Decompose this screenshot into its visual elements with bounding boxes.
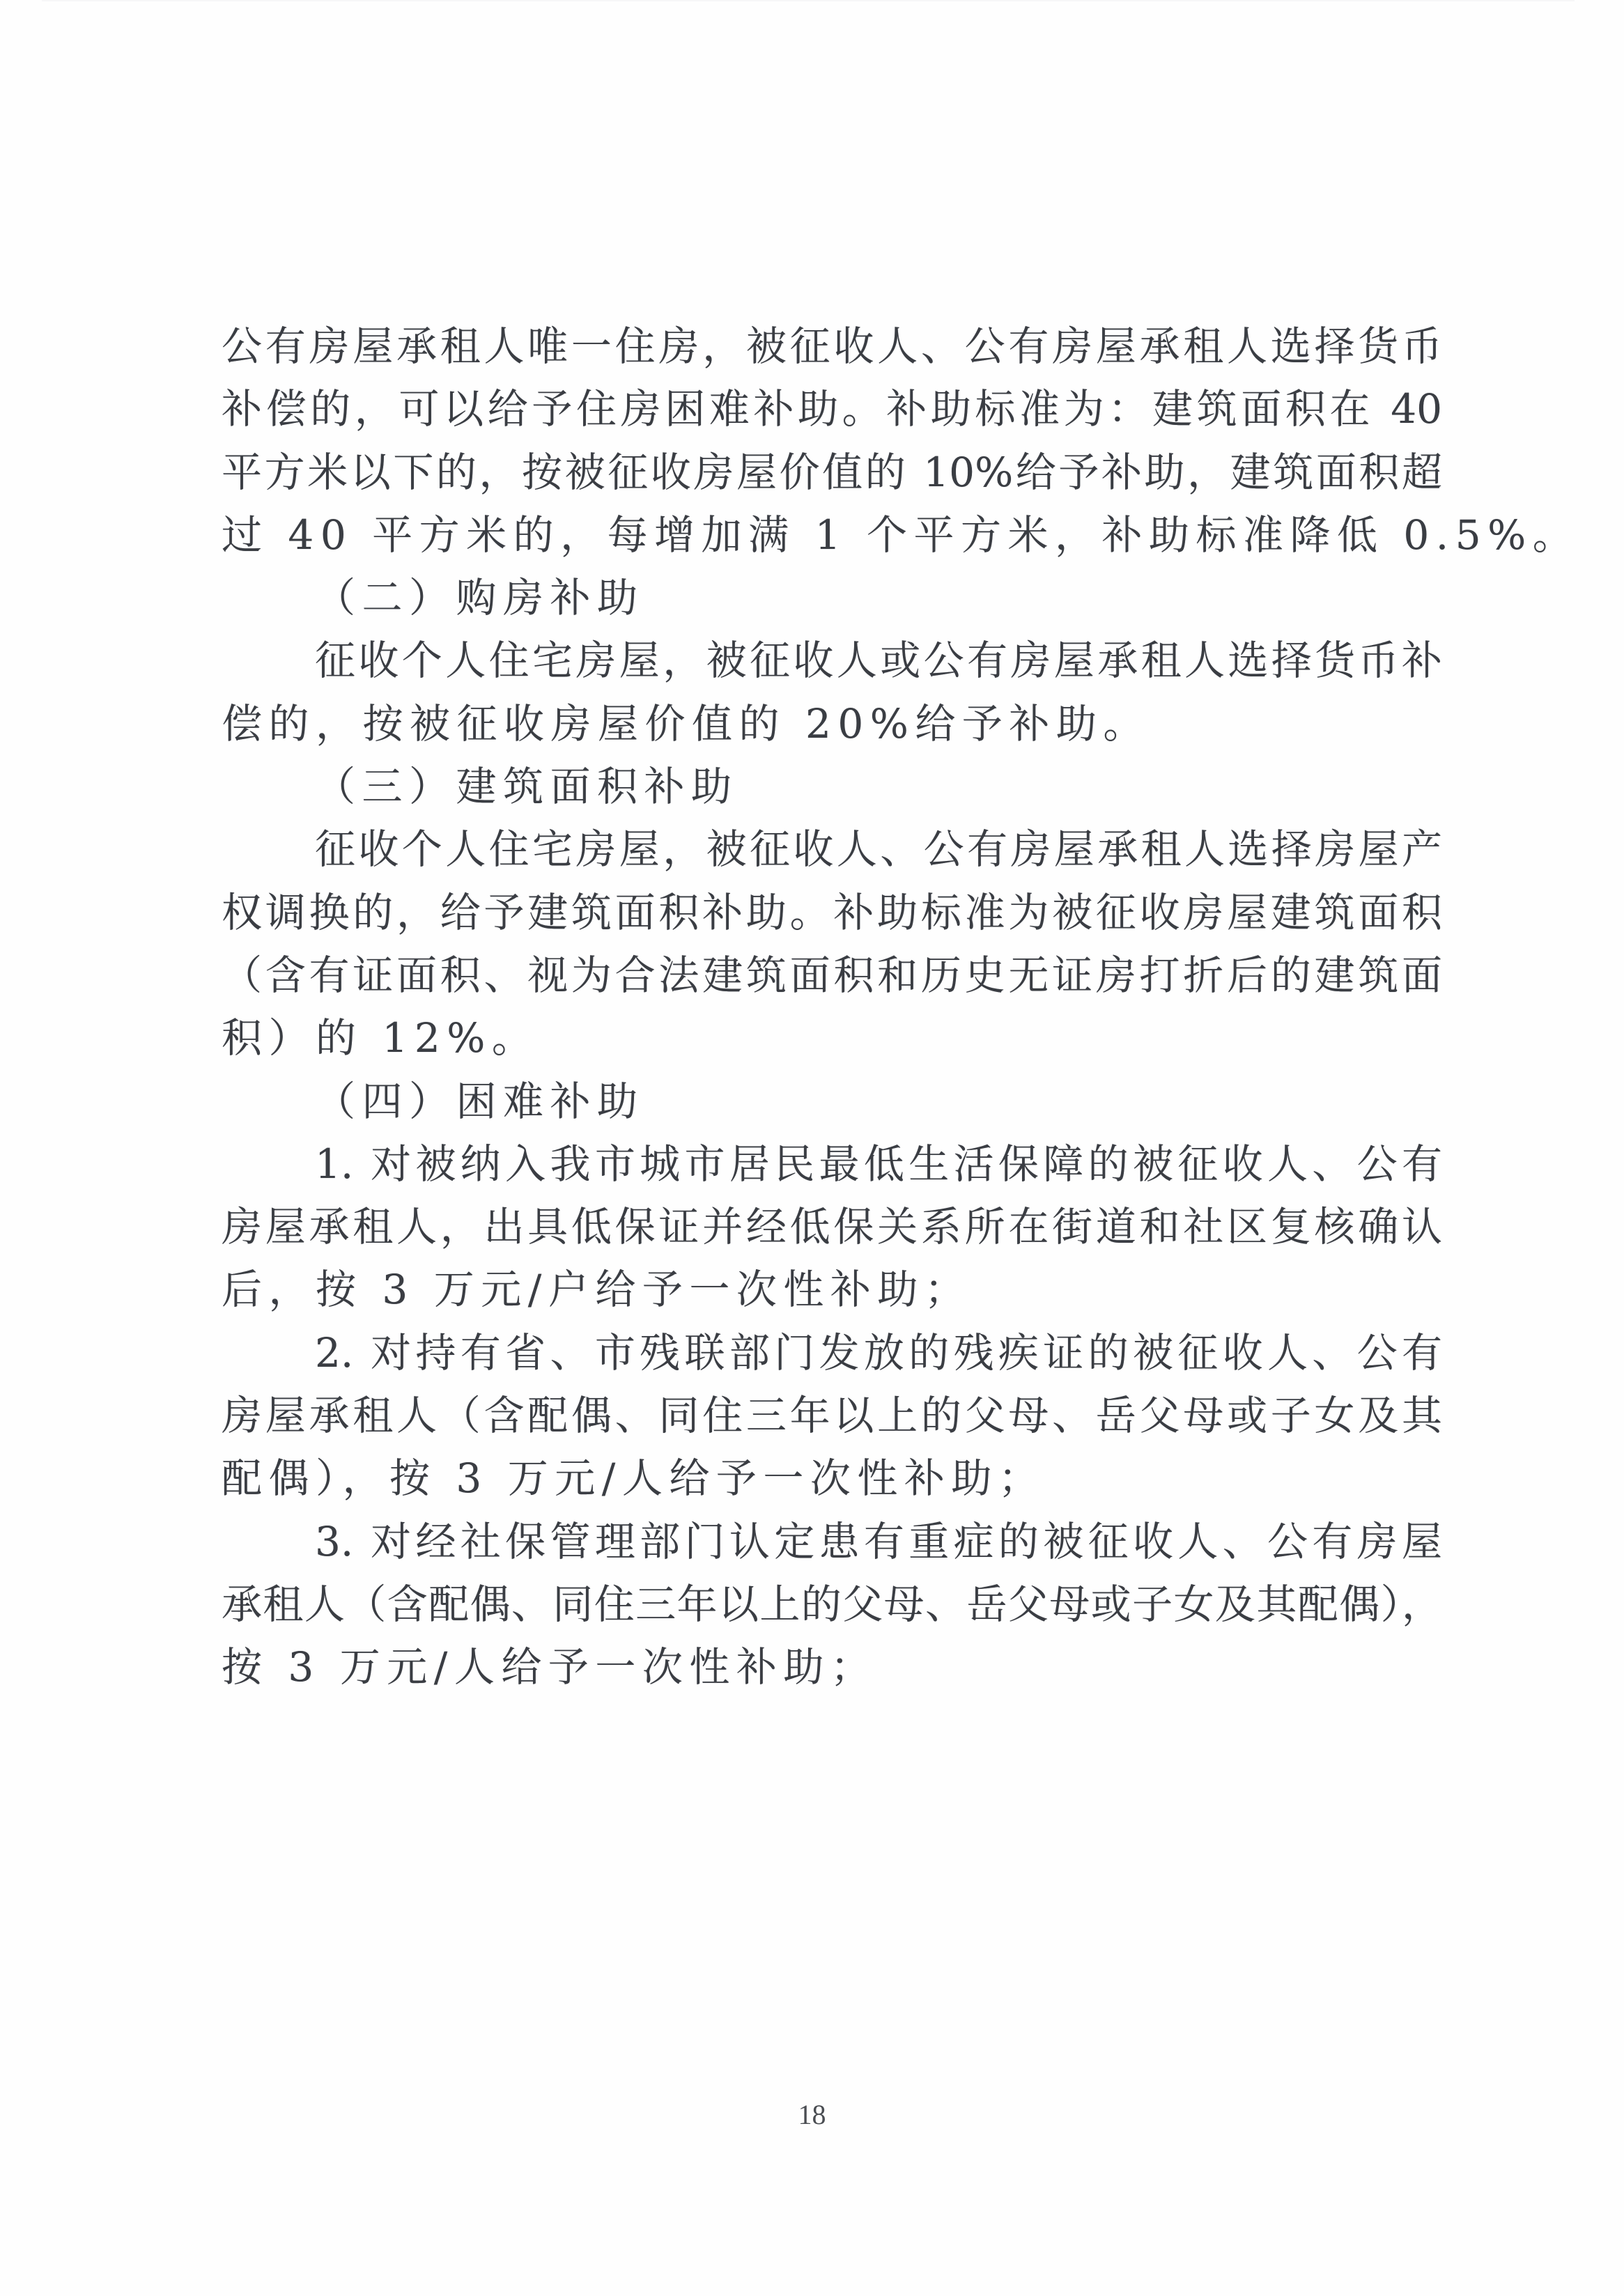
section-heading-hardship-subsidy: （四）困难补助 xyxy=(222,1070,1442,1133)
text-line: 后，按 3 万元/户给予一次性补助； xyxy=(222,1258,1442,1321)
text-line: 征收个人住宅房屋，被征收人或公有房屋承租人选择货币补 xyxy=(222,629,1442,692)
section-heading-purchase-subsidy: （二）购房补助 xyxy=(222,566,1442,629)
document-body: 公有房屋承租人唯一住房，被征收人、公有房屋承租人选择货币 补偿的，可以给予住房困… xyxy=(222,315,1442,1699)
text-line: 征收个人住宅房屋，被征收人、公有房屋承租人选择房屋产 xyxy=(222,818,1442,881)
text-line: 偿的，按被征收房屋价值的 20%给予补助。 xyxy=(222,692,1442,755)
text-line: 平方米以下的，按被征收房屋价值的 10%给予补助，建筑面积超 xyxy=(222,441,1442,504)
text-line: 过 40 平方米的，每增加满 1 个平方米，补助标准降低 0.5%。 xyxy=(222,504,1442,566)
text-line: 房屋承租人，出具低保证并经低保关系所在街道和社区复核确认 xyxy=(222,1195,1442,1258)
text-line: 积）的 12%。 xyxy=(222,1007,1442,1069)
text-line: 配偶），按 3 万元/人给予一次性补助； xyxy=(222,1447,1442,1510)
page-number: 18 xyxy=(0,2098,1624,2131)
list-item-2: 2. 对持有省、市残联部门发放的残疾证的被征收人、公有 xyxy=(222,1321,1442,1384)
text-line: 房屋承租人（含配偶、同住三年以上的父母、岳父母或子女及其 xyxy=(222,1384,1442,1447)
text-line: 权调换的，给予建筑面积补助。补助标准为被征收房屋建筑面积 xyxy=(222,881,1442,944)
text-line: 按 3 万元/人给予一次性补助； xyxy=(222,1636,1442,1698)
text-line: 公有房屋承租人唯一住房，被征收人、公有房屋承租人选择货币 xyxy=(222,315,1442,378)
list-item-3: 3. 对经社保管理部门认定患有重症的被征收人、公有房屋 xyxy=(222,1510,1442,1573)
text-line: 补偿的，可以给予住房困难补助。补助标准为：建筑面积在 40 xyxy=(222,378,1442,440)
document-page: 公有房屋承租人唯一住房，被征收人、公有房屋承租人选择货币 补偿的，可以给予住房困… xyxy=(0,0,1624,2296)
scan-edge-artifact xyxy=(42,0,1575,22)
list-item-1: 1. 对被纳入我市城市居民最低生活保障的被征收人、公有 xyxy=(222,1133,1442,1195)
text-line: （含有证面积、视为合法建筑面积和历史无证房打折后的建筑面 xyxy=(222,944,1442,1007)
section-heading-area-subsidy: （三）建筑面积补助 xyxy=(222,755,1442,818)
text-line: 承租人（含配偶、同住三年以上的父母、岳父母或子女及其配偶）， xyxy=(222,1573,1442,1636)
